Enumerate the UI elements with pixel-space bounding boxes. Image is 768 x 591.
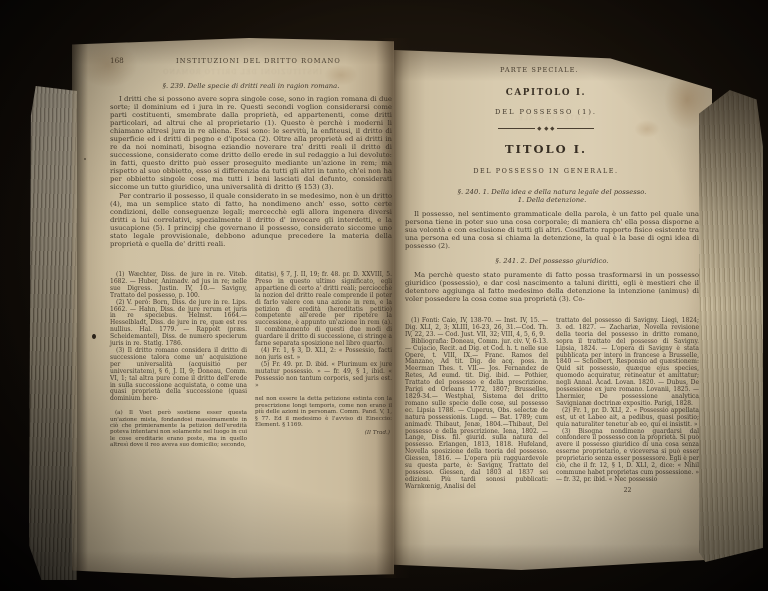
right-page-footnotes: (1) Fonti: Caio, IV, 138-70. — Inst. IV,… — [405, 318, 699, 494]
footnote-item: (5) Fr. 49. pr. D. ibid. « Plurimum ex j… — [255, 362, 392, 390]
ink-speck — [84, 158, 86, 160]
footnote-bibliography: Bibliografia: Doneau, Comm. jur. civ. V,… — [405, 339, 548, 491]
ghost-showthrough-text: INSTITUZIONI DEL DRITTO ROMANO — [162, 68, 322, 76]
left-page: 168 INSTITUZIONI DEL DRITTO ROMANO INSTI… — [72, 38, 394, 578]
body-paragraph-241: Ma perchè questo stato puramente di fatt… — [405, 271, 699, 303]
footnote-item: (2) V. però: Born, Diss. de jure in re. … — [110, 300, 247, 348]
left-page-body: §. 239. Delle specie di dritti reali in … — [110, 82, 392, 249]
section-heading-239: §. 239. Delle specie di dritti reali in … — [110, 82, 392, 90]
translator-signature: (Il Trad.) — [255, 430, 390, 436]
translator-note: (a) Il Voet però sostiene esser questa u… — [110, 410, 247, 448]
chapter-heading: CAPITOLO I. — [400, 88, 692, 98]
ink-speck — [92, 334, 96, 339]
footnote-sources: (1) Fonti: Caio, IV, 138-70. — Inst. IV,… — [405, 318, 548, 339]
gutter-shadow — [376, 38, 410, 578]
footnote-item: (2) Fr. 1, pr. D. XLI, 2. « Possessio ap… — [556, 408, 699, 429]
left-running-title: INSTITUZIONI DEL DRITTO ROMANO — [176, 57, 341, 65]
book-photograph: 168 INSTITUZIONI DEL DRITTO ROMANO INSTI… — [0, 0, 768, 591]
left-page-footnotes: (1) Wæchter, Diss. de jure in re. Viteb.… — [110, 272, 392, 449]
signature-mark: 22 — [556, 487, 699, 494]
translator-note-continuation: nel non essere la detta petizione estint… — [255, 396, 392, 428]
right-page: PARTE SPECIALE. 169 PARTE SPECIALE. CAPI… — [394, 50, 712, 570]
footnote-item: (1) Wæchter, Diss. de jure in re. Viteb.… — [110, 272, 247, 300]
footnotes-column-2: trattato del possesso di Savigny. Liegi,… — [556, 318, 699, 494]
footnote-bibliography-continuation: trattato del possesso di Savigny. Liegi,… — [556, 318, 699, 408]
section-heading-241: §. 241. 2. Del possesso giuridico. — [405, 257, 699, 265]
right-page-headings: CAPITOLO I. DEL POSSESSO (1). TITOLO I. … — [400, 64, 692, 175]
footnote-item: (3) Il dritto romano considera il dritto… — [110, 348, 247, 403]
footnotes-column-1: (1) Wæchter, Diss. de jure in re. Viteb.… — [110, 272, 247, 449]
section-divider-ornament — [498, 127, 594, 130]
left-page-number: 168 — [110, 56, 124, 65]
body-paragraph-240: Il possesso, nel sentimento grammaticale… — [405, 210, 699, 250]
left-page-edge-stack — [29, 86, 77, 580]
footnote-item: (4) Fr. 1, § 3, D. XLI, 2: « Possessio, … — [255, 348, 392, 362]
footnotes-column-2: ditatis), § 7, J. II, 19; fr. 48. pr. D.… — [255, 272, 392, 449]
section-heading-240: §. 240. 1. Della idea e della natura leg… — [405, 188, 699, 196]
chapter-subheading: DEL POSSESSO (1). — [400, 108, 692, 116]
subsection-heading-detention: 1. Della detenzione. — [405, 196, 699, 204]
right-page-number: 169 — [656, 63, 670, 72]
body-paragraph: I dritti che si possono avere sopra sing… — [110, 95, 392, 191]
right-fore-edge-stack — [699, 90, 763, 562]
footnote-item: (3) Bisogna nondimeno guardarsi dal conf… — [556, 429, 699, 484]
right-page-body: §. 240. 1. Della idea e della natura leg… — [405, 188, 699, 304]
title-subheading: DEL POSSESSO IN GENERALE. — [400, 167, 692, 175]
title-heading: TITOLO I. — [400, 142, 692, 156]
footnotes-column-1: (1) Fonti: Caio, IV, 138-70. — Inst. IV,… — [405, 318, 548, 494]
footnote-item: ditatis), § 7, J. II, 19; fr. 48. pr. D.… — [255, 272, 392, 348]
body-paragraph: Per contrario il possesso, il quale cons… — [110, 192, 392, 248]
